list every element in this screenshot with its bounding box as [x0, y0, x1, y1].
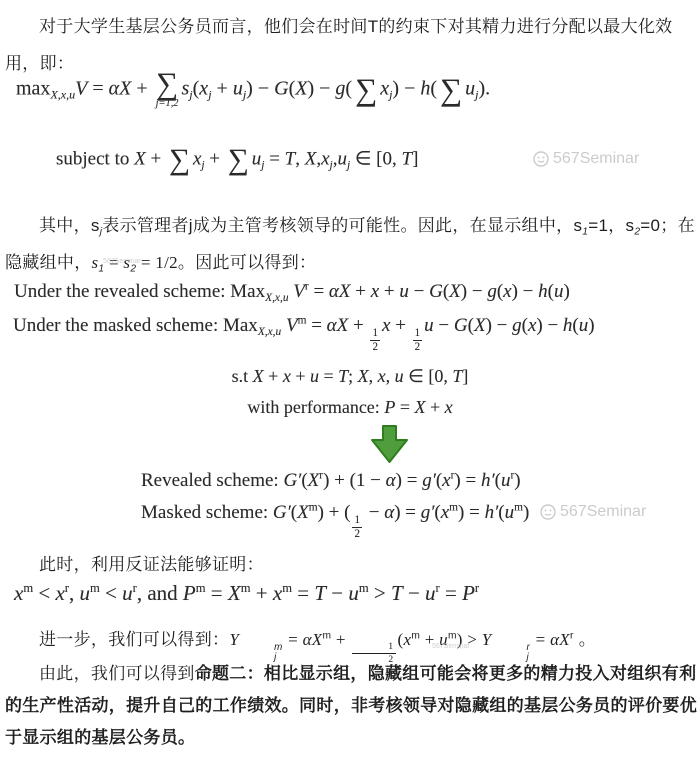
watermark: 567Seminar: [533, 150, 639, 168]
equation-revealed-foc: Revealed scheme: G′(Xr) + (1 − α) = g′(x…: [141, 470, 521, 492]
equation-comparison: xm < xr, um < ur, and Pm = Xm + xm = T −…: [14, 581, 479, 606]
watermark-label: 567Seminar: [553, 150, 639, 168]
watermark-logo-icon: [540, 504, 556, 520]
watermark-logo-icon: [533, 151, 549, 167]
watermark-label: 567Seminar: [560, 503, 646, 521]
equation-masked-scheme: Under the masked scheme: MaxX,x,u Vm = α…: [13, 315, 595, 353]
watermark-tiny: 567Seminar: [432, 643, 470, 650]
watermark: 567Seminar: [540, 503, 646, 521]
equation-subject-to: s.t X + x + u = T; X, x, u ∈ [0, T]: [0, 366, 700, 387]
watermark-tiny: 567Seminar: [103, 258, 141, 265]
down-arrow-icon: [371, 425, 408, 463]
paragraph-sj-explanation: 其中，sj表示管理者j成为主管考核领导的可能性。因此，在显示组中，s1=1，s2…: [5, 207, 697, 281]
equation-revealed-scheme: Under the revealed scheme: MaxX,x,u Vr =…: [14, 281, 570, 303]
paragraph-proof-intro: 此时，利用反证法能够证明：: [5, 546, 695, 583]
equation-masked-foc: Masked scheme: G′(Xm) + (12 − α) = g′(xm…: [141, 502, 529, 540]
paragraph-proposition: 由此，我们可以得到命题二：相比显示组，隐藏组可能会将更多的精力投入对组织有利的生…: [5, 658, 697, 754]
equation-performance: with performance: P = X + x: [0, 397, 700, 418]
article-page: 对于大学生基层公务员而言，他们会在时间T的约束下对其精力进行分配以最大化效用，即…: [0, 0, 700, 763]
equation-max-utility: maxX,x,uV = αX + ∑j=1,2sj(xj + uj) − G(X…: [16, 70, 490, 109]
equation-constraint: subject to X + ∑xj + ∑uj = T, X,xj,uj ∈ …: [56, 147, 418, 174]
proposition-prefix: 由此，我们可以得到: [39, 664, 195, 683]
